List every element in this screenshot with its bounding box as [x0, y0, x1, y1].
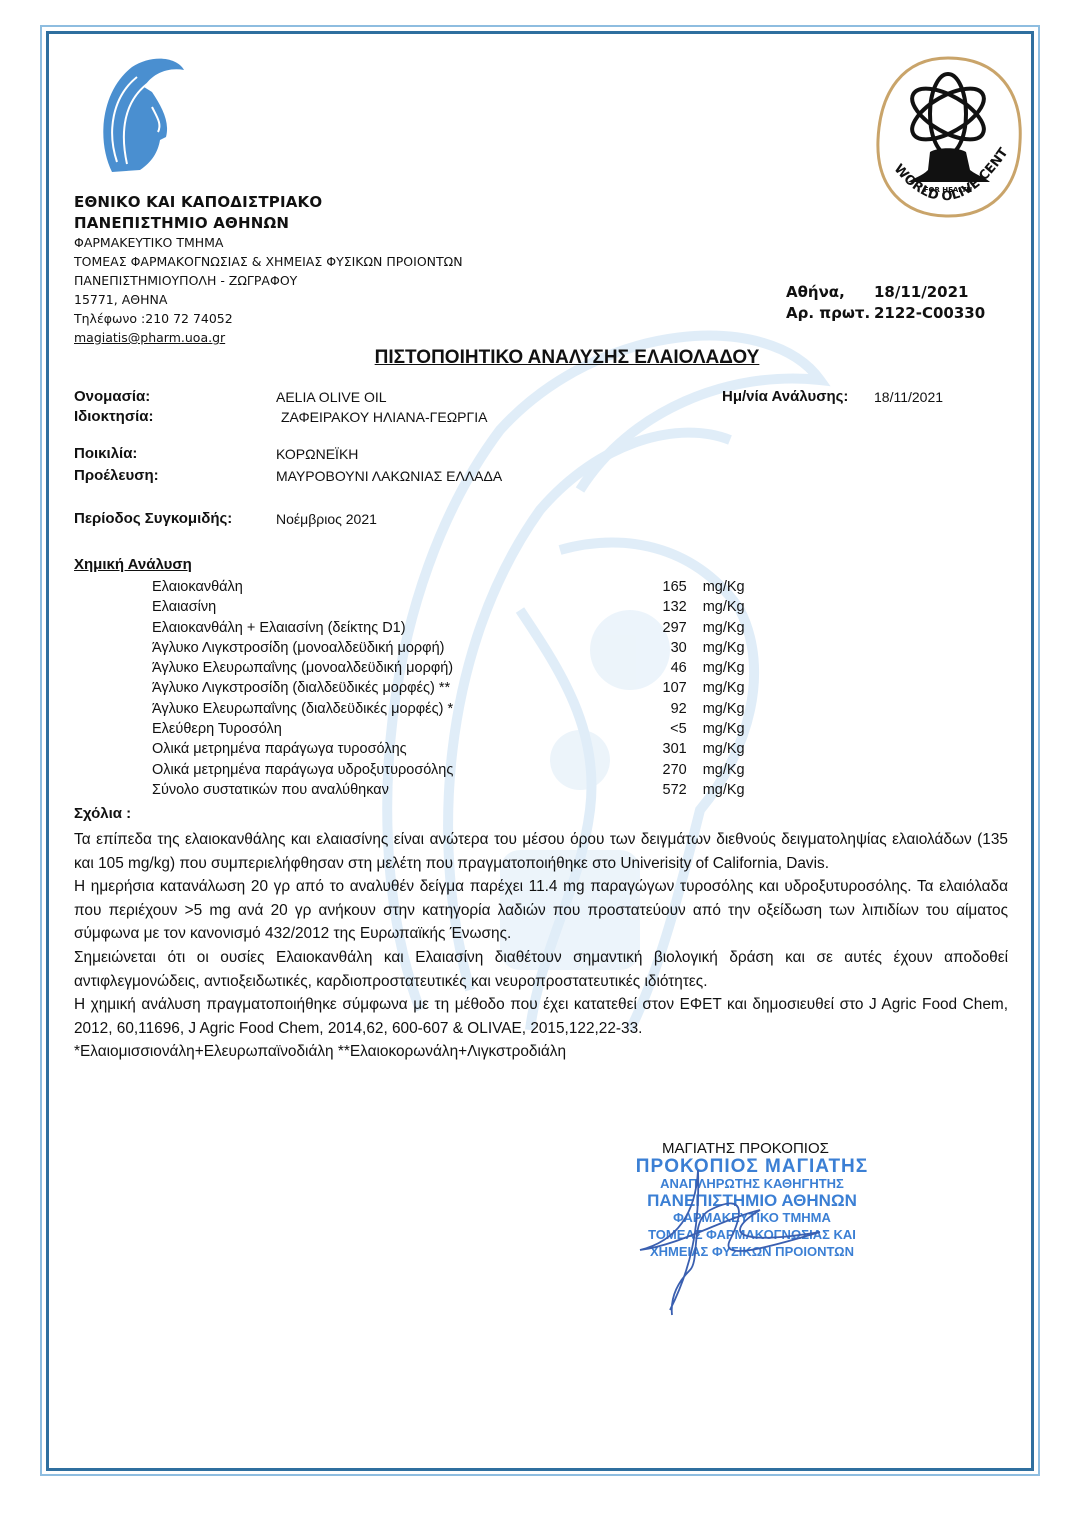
comment-paragraph: Η χημική ανάλυση πραγματοποιήθηκε σύμφων…: [74, 993, 1008, 1040]
owner-value: ΖΑΦΕΙΡΑΚΟΥ ΗΛΙΑΝΑ-ΓΕΩΡΓΙΑ: [281, 409, 487, 425]
compound-value: 92: [637, 699, 687, 719]
compound-name: Άγλυκο Ελευρωπαΐνης (διαλδεϋδικές μορφές…: [152, 699, 637, 719]
department: ΦΑΡΜΑΚΕΥΤΙΚΟ ΤΜΗΜΑ: [74, 233, 463, 252]
origin-label: Προέλευση:: [74, 467, 159, 484]
compound-name: Άγλυκο Λιγκστροσίδη (διαλδεϋδικές μορφές…: [152, 678, 637, 698]
postal-address: 15771, ΑΘΗΝΑ: [74, 290, 463, 309]
compound-name: Ελαιοκανθάλη + Ελαιασίνη (δείκτης D1): [152, 618, 637, 638]
place-label: Αθήνα,: [786, 282, 874, 303]
compound-unit: mg/Kg: [687, 719, 772, 739]
compound-name: Ελεύθερη Τυροσόλη: [152, 719, 637, 739]
handwritten-signature: [600, 1150, 900, 1320]
analysis-row: Άγλυκο Λιγκστροσίδη (μονοαλδεϋδική μορφή…: [152, 638, 772, 658]
compound-unit: mg/Kg: [687, 597, 772, 617]
section: ΤΟΜΕΑΣ ΦΑΡΜΑΚΟΓΝΩΣΙΑΣ & ΧΗΜΕΙΑΣ ΦΥΣΙΚΩΝ …: [74, 252, 463, 271]
analysis-row: Ελαιασίνη132mg/Kg: [152, 597, 772, 617]
analysis-heading: Χημική Ανάλυση: [74, 556, 192, 573]
protocol-label: Αρ. πρωτ.: [786, 303, 874, 324]
compound-unit: mg/Kg: [687, 760, 772, 780]
compound-value: 46: [637, 658, 687, 678]
owner-label: Ιδιοκτησία:: [74, 408, 153, 425]
variety-label: Ποικιλία:: [74, 445, 137, 462]
compound-value: <5: [637, 719, 687, 739]
compound-name: Άγλυκο Ελευρωπαΐνης (μονοαλδεϋδική μορφή…: [152, 658, 637, 678]
comments-heading: Σχόλια :: [74, 805, 131, 822]
university-name-line1: ΕΘΝΙΚΟ ΚΑΙ ΚΑΠΟΔΙΣΤΡΙΑΚΟ: [74, 192, 322, 213]
world-olive-center-logo: FOR HEALTH WORLD OLIVE CENTER: [868, 52, 1028, 222]
protocol-number: 2122-C00330: [874, 304, 985, 322]
compound-unit: mg/Kg: [687, 780, 772, 800]
analysis-row: Ελαιοκανθάλη165mg/Kg: [152, 577, 772, 597]
compound-value: 297: [637, 618, 687, 638]
compound-unit: mg/Kg: [687, 678, 772, 698]
analysis-date-value: 18/11/2021: [874, 389, 943, 405]
name-value: AELIA OLIVE OIL: [276, 389, 387, 405]
comment-paragraph: Τα επίπεδα της ελαιοκανθάλης και ελαιασί…: [74, 828, 1008, 875]
analysis-row: Ελαιοκανθάλη + Ελαιασίνη (δείκτης D1)297…: [152, 618, 772, 638]
origin-value: ΜΑΥΡΟΒΟΥΝΙ ΛΑΚΩΝΙΑΣ ΕΛΛΑΔΑ: [276, 468, 502, 484]
compound-name: Ελαιοκανθάλη: [152, 577, 637, 597]
analysis-row: Ελεύθερη Τυροσόλη<5mg/Kg: [152, 719, 772, 739]
analysis-row: Άγλυκο Λιγκστροσίδη (διαλδεϋδικές μορφές…: [152, 678, 772, 698]
compound-name: Άγλυκο Λιγκστροσίδη (μονοαλδεϋδική μορφή…: [152, 638, 637, 658]
compound-unit: mg/Kg: [687, 658, 772, 678]
analysis-table: Ελαιοκανθάλη165mg/KgΕλαιασίνη132mg/KgΕλα…: [152, 577, 772, 800]
analysis-date-label: Ημ/νία Ανάλυσης:: [722, 388, 848, 405]
footnote: *Ελαιομισσιονάλη+Ελευρωπαϊνοδιάλη **Ελαι…: [74, 1040, 1008, 1064]
compound-unit: mg/Kg: [687, 699, 772, 719]
analysis-row: Άγλυκο Ελευρωπαΐνης (διαλδεϋδικές μορφές…: [152, 699, 772, 719]
phone: Τηλέφωνο :210 72 74052: [74, 309, 463, 328]
document-title: ΠΙΣΤΟΠΟΙΗΤΙΚΟ ΑΝΑΛΥΣΗΣ ΕΛΑΙΟΛΑΔΟΥ: [0, 347, 1080, 369]
compound-name: Ελαιασίνη: [152, 597, 637, 617]
athena-head-logo: [92, 52, 192, 182]
analysis-row: Ολικά μετρημένα παράγωγα τυροσόλης301mg/…: [152, 739, 772, 759]
compound-name: Ολικά μετρημένα παράγωγα τυροσόλης: [152, 739, 637, 759]
compound-value: 30: [637, 638, 687, 658]
university-address: ΦΑΡΜΑΚΕΥΤΙΚΟ ΤΜΗΜΑ ΤΟΜΕΑΣ ΦΑΡΜΑΚΟΓΝΩΣΙΑΣ…: [74, 233, 463, 347]
compound-name: Σύνολο συστατικών που αναλύθηκαν: [152, 780, 637, 800]
harvest-label: Περίοδος Συγκομιδής:: [74, 510, 232, 527]
compound-value: 270: [637, 760, 687, 780]
name-label: Ονομασία:: [74, 388, 150, 405]
comments-body: Τα επίπεδα της ελαιοκανθάλης και ελαιασί…: [74, 828, 1008, 1064]
campus: ΠΑΝΕΠΙΣΤΗΜΙΟΥΠΟΛΗ - ΖΩΓΡΑΦΟΥ: [74, 271, 463, 290]
compound-value: 572: [637, 780, 687, 800]
compound-value: 132: [637, 597, 687, 617]
compound-unit: mg/Kg: [687, 739, 772, 759]
comment-paragraph: Σημειώνεται ότι οι ουσίες Ελαιοκανθάλη κ…: [74, 946, 1008, 993]
comment-paragraph: Η ημερήσια κατανάλωση 20 γρ από το αναλυ…: [74, 875, 1008, 946]
date-block: Αθήνα,18/11/2021 Αρ. πρωτ.2122-C00330: [786, 282, 985, 324]
compound-value: 165: [637, 577, 687, 597]
compound-name: Ολικά μετρημένα παράγωγα υδροξυτυροσόλης: [152, 760, 637, 780]
compound-value: 301: [637, 739, 687, 759]
analysis-row: Ολικά μετρημένα παράγωγα υδροξυτυροσόλης…: [152, 760, 772, 780]
compound-unit: mg/Kg: [687, 618, 772, 638]
university-name-line2: ΠΑΝΕΠΙΣΤΗΜΙΟ ΑΘΗΝΩΝ: [74, 213, 322, 234]
analysis-row: Άγλυκο Ελευρωπαΐνης (μονοαλδεϋδική μορφή…: [152, 658, 772, 678]
compound-unit: mg/Kg: [687, 638, 772, 658]
issue-date: 18/11/2021: [874, 283, 968, 301]
analysis-row: Σύνολο συστατικών που αναλύθηκαν572mg/Kg: [152, 780, 772, 800]
compound-unit: mg/Kg: [687, 577, 772, 597]
compound-value: 107: [637, 678, 687, 698]
university-name: ΕΘΝΙΚΟ ΚΑΙ ΚΑΠΟΔΙΣΤΡΙΑΚΟ ΠΑΝΕΠΙΣΤΗΜΙΟ ΑΘ…: [74, 192, 322, 234]
email-link[interactable]: magiatis@pharm.uoa.gr: [74, 328, 463, 347]
variety-value: ΚΟΡΩΝΕΪΚΗ: [276, 446, 358, 462]
harvest-value: Νοέμβριος 2021: [276, 511, 377, 527]
